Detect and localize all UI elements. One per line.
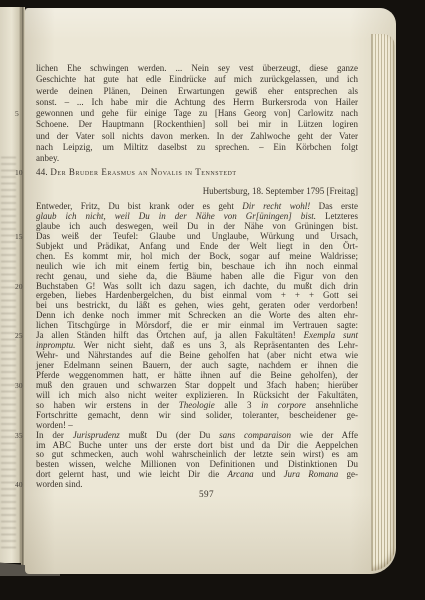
text-run: besten wissen, welche Millionen von Defi… <box>36 459 358 469</box>
emphasized-text: Jurisprudenz <box>73 430 120 440</box>
text-run: Der Bruder Erasmus an Novalis in Tennste… <box>50 167 236 177</box>
text-run: Fortschritte gemacht, denn wir sind soli… <box>36 410 358 420</box>
text-line: dort gelernt hast, und wie leicht Dir di… <box>36 470 358 480</box>
text-run: lichen Ehe schwingen werden. ... Nein se… <box>36 63 358 73</box>
letter-body: Entweder, Fritz, Du bist krank oder es g… <box>36 202 358 490</box>
margin-line-number: 35 <box>15 431 32 441</box>
text-line: anbey. <box>36 153 358 164</box>
text-run: Ja allen Ständen hilft das Örtchen auf, … <box>36 330 304 340</box>
text-run: dort gelernt hast, und wie leicht Dir di… <box>36 469 227 479</box>
text-run: worden! – <box>36 420 73 430</box>
fore-edge-pages <box>371 34 395 571</box>
emphasized-text: Jura Romana <box>284 469 339 479</box>
text-run: bei uns bestrickt, du läßt es gehen, wie… <box>36 300 358 310</box>
text-run: wie der Affe <box>291 430 358 440</box>
text-run: Wer nicht sieht, daß es uns 3, als Reprä… <box>75 340 358 350</box>
text-run: werde deinen Plänen, Deinen Erwartungen … <box>36 86 358 96</box>
text-run: Wehr- und Nährstandes auf die Beine geho… <box>36 350 358 360</box>
text-run: glaube ich auch deswegen, weil Du in der… <box>36 221 358 231</box>
emphasized-text: sans comparaison <box>219 430 291 440</box>
text-run: chen. Es kommt mir, hol mich der Bock, s… <box>36 251 358 261</box>
margin-line-number: 40 <box>15 480 32 490</box>
margin-line-number: 30 <box>15 381 32 391</box>
margin-line-number: 25 <box>15 331 32 341</box>
text-run: Letzteres <box>316 211 358 221</box>
dateline: Hubertsburg, 18. September 1795 [Freitag… <box>36 186 358 197</box>
text-run: Buchstaben G! Was sollt ich dazu sagen, … <box>36 281 358 291</box>
margin-line-number: 5 <box>15 108 32 119</box>
margin-line-number: 20 <box>15 282 32 292</box>
text-line: werde deinen Plänen, Deinen Erwartungen … <box>36 86 358 97</box>
text-run: Das weiß der Teufel: Glaube und Unglaube… <box>36 231 358 241</box>
text-run: 44. <box>36 167 50 177</box>
letter-heading: 1044. Der Bruder Erasmus an Novalis in T… <box>36 167 358 178</box>
emphasized-text: inpromptu. <box>36 340 75 350</box>
text-line: nach Leipzig, um Miltitz daselbst zu spr… <box>36 142 358 153</box>
margin-line-number: 10 <box>15 167 32 178</box>
text-run: gewonnen und gehe für einige Tage zu [Ha… <box>36 108 358 118</box>
text-run: nach Leipzig, um Miltitz daselbst zu spr… <box>36 142 358 152</box>
text-line: und der Vater soll nichts davon merken. … <box>36 131 358 142</box>
emphasized-text: Dir recht wohl! <box>242 201 310 211</box>
text-run: Entweder, Fritz, Du bist krank oder es g… <box>36 201 242 211</box>
text-run: will ich mich also nicht weiter explizie… <box>36 390 358 400</box>
text-run: mußt Du (der Du <box>120 430 219 440</box>
text-run: so haben wir erstens in der <box>36 400 179 410</box>
text-run: im ABC Buche unter uns der erste dort bi… <box>36 440 358 450</box>
text-run: Subjekt und Prädikat, Anfang und Ende de… <box>36 241 358 251</box>
text-run: so gut schmecken, auch wohl wahrscheinli… <box>36 449 358 459</box>
text-line: Fortschritte gemacht, denn wir sind soli… <box>36 411 358 421</box>
page-number: 597 <box>199 489 214 499</box>
text-run: muß den grauen und schwarzen Star doppel… <box>36 380 358 390</box>
text-run: lichen Titschgürge in Mörsdorf, die er m… <box>36 320 358 330</box>
text-run: neulich wie ich mit einem fertig bin, be… <box>36 261 358 271</box>
text-run: und <box>254 469 284 479</box>
text-run: In der <box>36 430 73 440</box>
text-line: 40worden sind. <box>36 480 358 490</box>
text-run: alle 3 <box>215 400 261 410</box>
text-run: ge- <box>338 469 358 479</box>
text-run: worden sind. <box>36 479 83 489</box>
text-run: jener Edelmann seinen Bauern, der auch s… <box>36 360 358 370</box>
paragraph-continued: lichen Ehe schwingen werden. ... Nein se… <box>36 63 358 165</box>
margin-line-number: 15 <box>15 232 32 242</box>
text-run: anbey. <box>36 153 59 163</box>
text-line: 1044. Der Bruder Erasmus an Novalis in T… <box>36 167 358 178</box>
text-run: recht genau, und siehe da, die Bäume hab… <box>36 271 358 281</box>
emphasized-text: Exempla sunt <box>304 330 358 340</box>
text-line: Geschichte hat gute hat edle Eindrücke a… <box>36 74 358 85</box>
emphasized-text: Arcana <box>227 469 253 479</box>
text-run: Pferde weggenommen hatt, er hätte ihnen … <box>36 370 358 380</box>
text-run: Denn ich denke noch immer mit Schrecken … <box>36 310 358 320</box>
text-run: ansehnliche <box>306 400 358 410</box>
emphasized-text: in corpore <box>261 400 306 410</box>
text-line: 5gewonnen und gehe für einige Tage zu [H… <box>36 108 358 119</box>
text-line: Schoene. Der Hauptmann [Rockenthien] sol… <box>36 119 358 130</box>
text-run: Geschichte hat gute hat edle Eindrücke a… <box>36 74 358 84</box>
text-line: sonst. – ... Ich habe mir die Achtung de… <box>36 97 358 108</box>
text-run: sonst. – ... Ich habe mir die Achtung de… <box>36 97 358 107</box>
text-line: lichen Ehe schwingen werden. ... Nein se… <box>36 63 358 74</box>
emphasized-text: Theologie <box>179 400 215 410</box>
text-run: und der Vater soll nichts davon merken. … <box>36 131 358 141</box>
emphasized-text: glaub ich nicht, weil Du in der Nähe von… <box>36 211 316 221</box>
text-run: Das erste <box>310 201 358 211</box>
text-run: Schoene. Der Hauptmann [Rockenthien] sol… <box>36 119 358 129</box>
text-run: ergeben, liebes Hardenbergelchen, du bis… <box>36 290 358 300</box>
